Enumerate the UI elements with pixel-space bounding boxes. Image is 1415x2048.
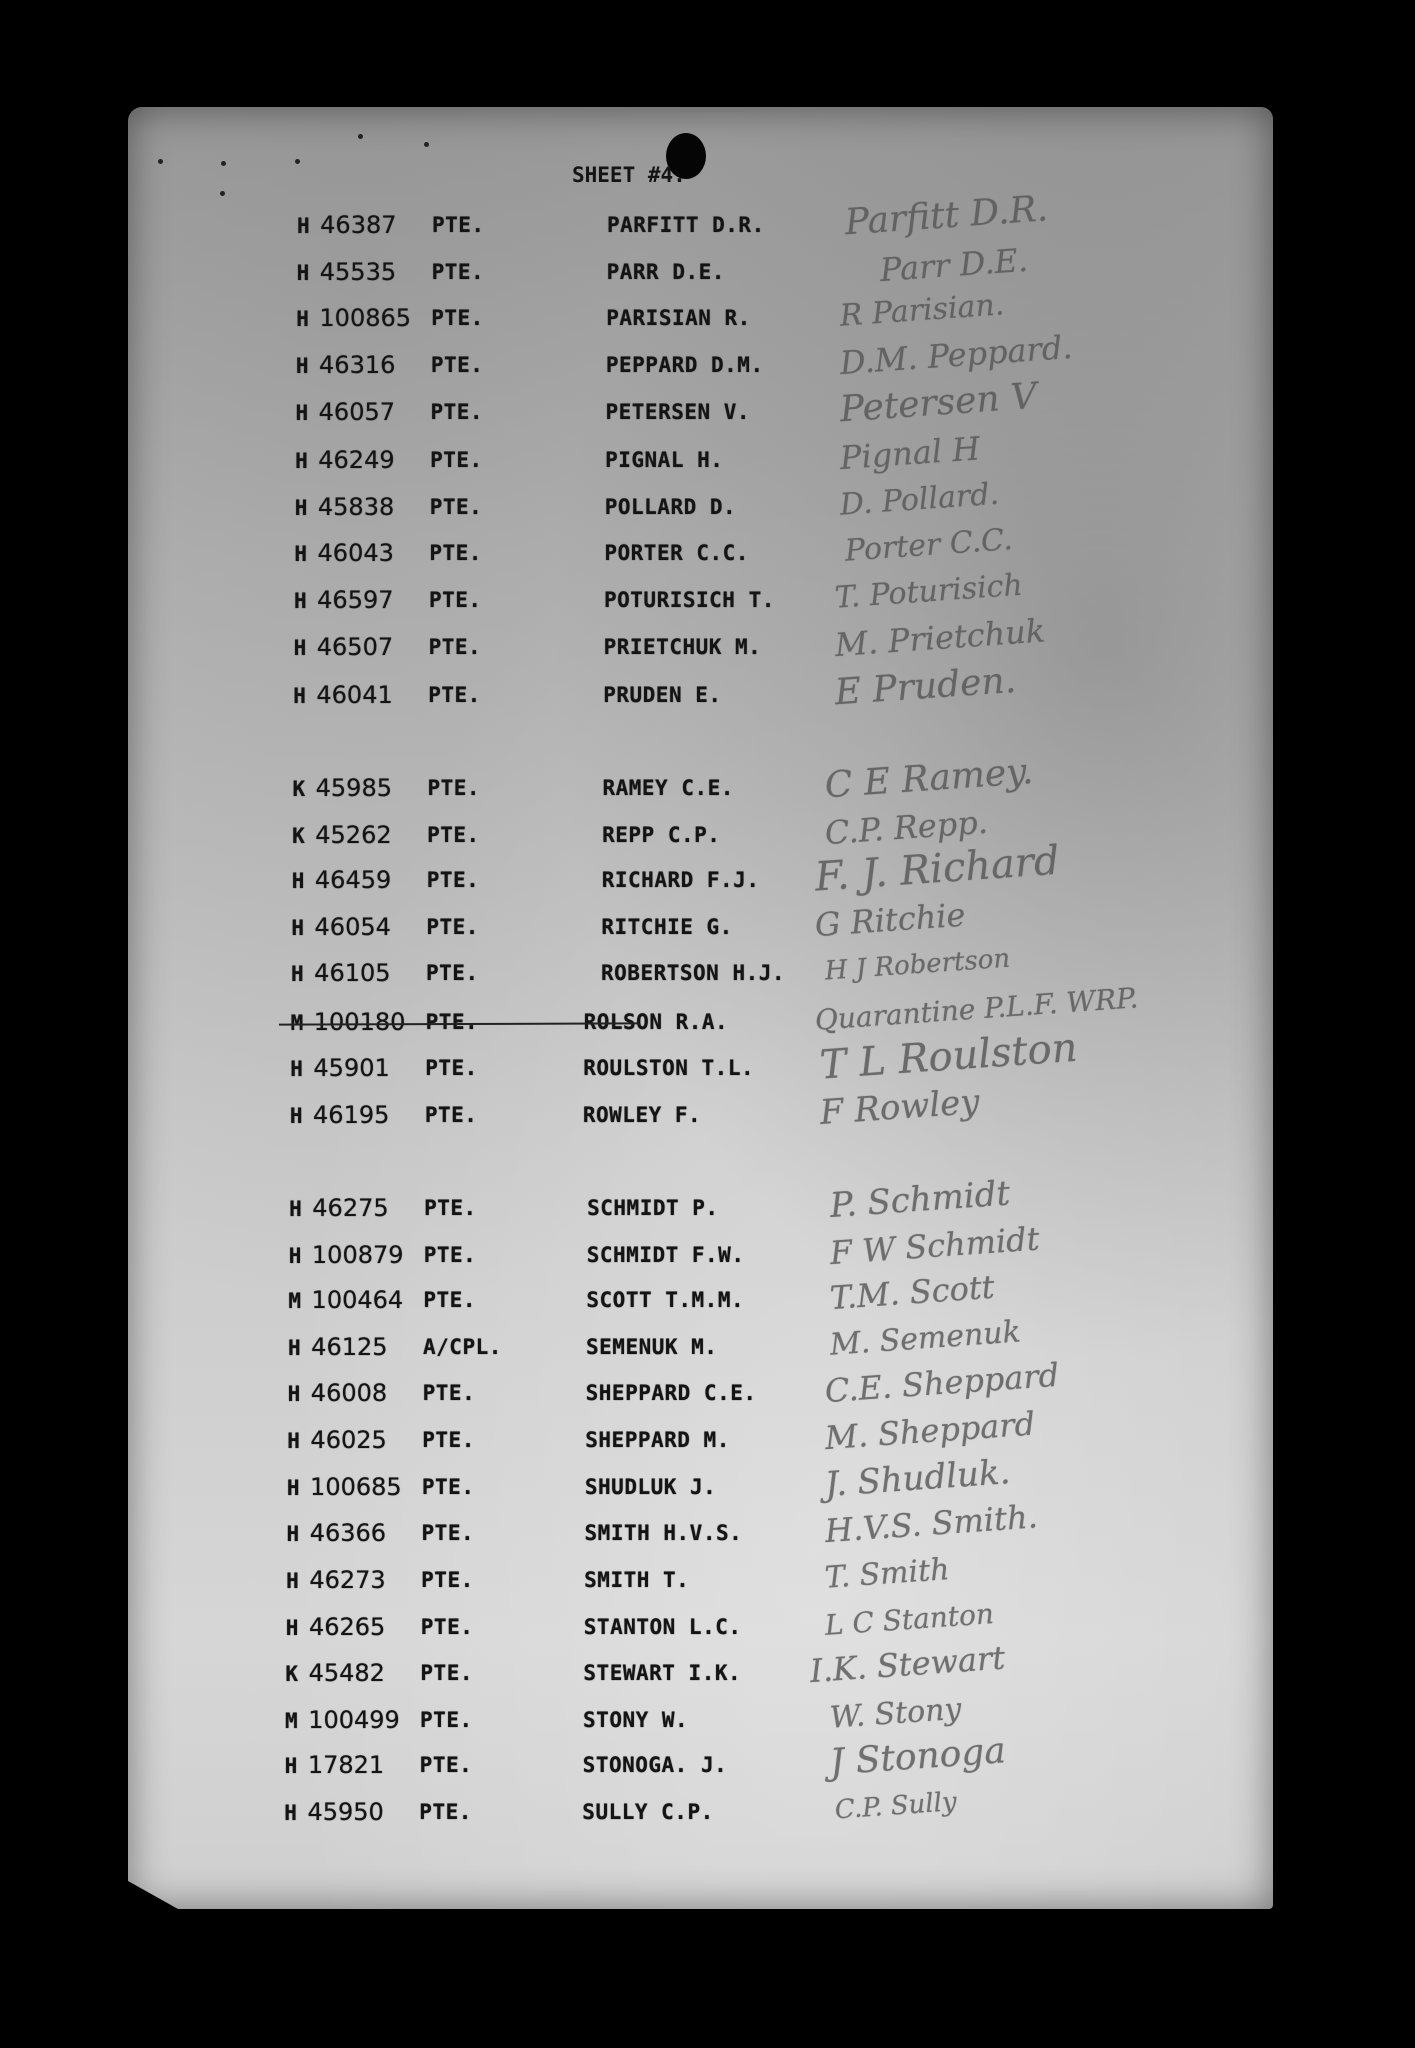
regimental-number: H46041	[293, 681, 393, 709]
number-digits: 100685	[310, 1473, 402, 1501]
rank: PTE.	[421, 1568, 474, 1592]
regimental-number: H46316	[296, 351, 396, 379]
rank: PTE.	[419, 1800, 472, 1824]
soldier-name: PRUDEN E.	[603, 683, 721, 707]
number-digits: 46054	[315, 913, 391, 941]
number-prefix: K	[292, 777, 305, 801]
number-prefix: H	[288, 1382, 301, 1406]
regimental-number: H45535	[297, 258, 397, 286]
regimental-number: H46008	[288, 1379, 388, 1407]
regimental-number: M100499	[285, 1706, 400, 1734]
soldier-name: SCHMIDT P.	[587, 1196, 718, 1220]
number-digits: 46507	[317, 633, 393, 661]
number-digits: 100464	[312, 1286, 404, 1314]
number-digits: 46597	[317, 586, 393, 614]
regimental-number: H46387	[297, 211, 397, 239]
number-prefix: H	[291, 916, 304, 940]
regimental-number: H46195	[290, 1101, 390, 1129]
regimental-number: H100879	[289, 1241, 404, 1269]
regimental-number: H46057	[296, 398, 396, 426]
number-digits: 100879	[312, 1241, 404, 1269]
rank: PTE.	[432, 260, 485, 284]
number-digits: 46316	[319, 351, 395, 379]
number-prefix: H	[297, 261, 310, 285]
number-digits: 45535	[320, 258, 396, 286]
soldier-name: REPP C.P.	[602, 823, 720, 847]
rank: PTE.	[425, 1103, 478, 1127]
number-digits: 46366	[310, 1519, 386, 1547]
soldier-name: SHEPPARD C.E.	[586, 1381, 757, 1405]
number-prefix: H	[295, 496, 308, 520]
soldier-name: PRIETCHUK M.	[604, 635, 762, 659]
regimental-number: H100685	[287, 1473, 402, 1501]
number-prefix: H	[286, 1569, 299, 1593]
number-digits: 46041	[316, 681, 392, 709]
number-digits: 45482	[309, 1659, 385, 1687]
soldier-name: PIGNAL H.	[605, 448, 723, 472]
number-prefix: H	[290, 1104, 303, 1128]
rank: PTE.	[426, 915, 479, 939]
regimental-number: H46043	[294, 539, 394, 567]
ink-speck	[220, 191, 225, 196]
number-prefix: H	[284, 1801, 297, 1825]
number-digits: 46387	[320, 211, 396, 239]
rank: PTE.	[432, 213, 485, 237]
soldier-name: PARR D.E.	[607, 260, 725, 284]
regimental-number: H46105	[291, 959, 391, 987]
soldier-name: SCOTT T.M.M.	[586, 1288, 744, 1312]
ink-speck	[295, 159, 300, 164]
regimental-number: M100180	[291, 1008, 406, 1036]
number-prefix: H	[289, 1197, 302, 1221]
regimental-number: H46273	[286, 1566, 386, 1594]
number-prefix: H	[288, 1336, 301, 1360]
rank: PTE.	[429, 541, 482, 565]
rank: PTE.	[428, 683, 481, 707]
regimental-number: M100464	[288, 1286, 403, 1314]
regimental-number: H46265	[286, 1613, 386, 1641]
number-prefix: M	[288, 1289, 301, 1313]
number-digits: 46275	[312, 1194, 388, 1222]
number-digits: 46057	[319, 398, 395, 426]
soldier-name: RITCHIE G.	[601, 915, 732, 939]
number-prefix: H	[287, 1522, 300, 1546]
rank: PTE.	[427, 776, 480, 800]
soldier-name: STANTON L.C.	[584, 1615, 742, 1639]
rank: PTE.	[430, 495, 483, 519]
number-prefix: H	[287, 1429, 300, 1453]
number-prefix: H	[296, 354, 309, 378]
regimental-number: H46459	[292, 866, 392, 894]
number-prefix: H	[289, 1244, 302, 1268]
number-digits: 45950	[307, 1798, 383, 1826]
soldier-name: PARISIAN R.	[606, 306, 751, 330]
rank: PTE.	[425, 1056, 478, 1080]
rank: PTE.	[431, 400, 484, 424]
number-prefix: H	[290, 1057, 303, 1081]
regimental-number: H45950	[284, 1798, 384, 1826]
number-prefix: H	[296, 401, 309, 425]
soldier-name: RAMEY C.E.	[602, 776, 733, 800]
rank: PTE.	[420, 1661, 473, 1685]
number-prefix: H	[294, 636, 307, 660]
soldier-name: PORTER C.C.	[604, 541, 749, 565]
regimental-number: K45985	[292, 774, 392, 802]
rank: PTE.	[422, 1521, 475, 1545]
regimental-number: H45901	[290, 1054, 390, 1082]
soldier-name: STEWART I.K.	[583, 1661, 741, 1685]
regimental-number: H46054	[291, 913, 391, 941]
number-prefix: H	[286, 1616, 299, 1640]
rank: PTE.	[420, 1708, 473, 1732]
regimental-number: H46275	[289, 1194, 389, 1222]
rank: PTE.	[427, 868, 480, 892]
number-digits: 45985	[316, 774, 392, 802]
regimental-number: H46597	[294, 586, 394, 614]
soldier-name: SULLY C.P.	[582, 1800, 713, 1824]
soldier-name: ROBERTSON H.J.	[601, 961, 785, 985]
soldier-name: PETERSEN V.	[606, 400, 751, 424]
number-digits: 46273	[309, 1566, 385, 1594]
number-digits: 17821	[308, 1751, 384, 1779]
ink-speck	[424, 142, 429, 147]
regimental-number: H100865	[296, 304, 411, 332]
ink-speck	[221, 161, 226, 166]
rank: PTE.	[429, 635, 482, 659]
rank: PTE.	[431, 306, 484, 330]
number-digits: 46249	[318, 446, 394, 474]
regimental-number: H46507	[294, 633, 394, 661]
rank: PTE.	[429, 588, 482, 612]
rank: PTE.	[420, 1753, 473, 1777]
number-digits: 46265	[309, 1613, 385, 1641]
number-prefix: H	[292, 869, 305, 893]
number-digits: 45262	[315, 821, 391, 849]
number-prefix: K	[292, 824, 305, 848]
number-prefix: H	[294, 589, 307, 613]
number-prefix: H	[291, 962, 304, 986]
rank: PTE.	[423, 1381, 476, 1405]
rank: PTE.	[421, 1615, 474, 1639]
soldier-name: ROWLEY F.	[583, 1103, 701, 1127]
rank: PTE.	[424, 1243, 477, 1267]
number-prefix: H	[287, 1476, 300, 1500]
number-digits: 45901	[313, 1054, 389, 1082]
regimental-number: H46025	[287, 1426, 387, 1454]
number-digits: 100180	[314, 1008, 406, 1036]
soldier-name: PEPPARD D.M.	[606, 353, 764, 377]
soldier-name: ROULSTON T.L.	[583, 1056, 754, 1080]
soldier-name: PARFITT D.R.	[607, 213, 765, 237]
number-prefix: H	[293, 684, 306, 708]
number-prefix: H	[285, 1754, 298, 1778]
rank: PTE.	[424, 1196, 477, 1220]
number-prefix: K	[285, 1662, 298, 1686]
regimental-number: K45482	[285, 1659, 385, 1687]
soldier-name: POTURISICH T.	[604, 588, 775, 612]
number-digits: 46195	[313, 1101, 389, 1129]
rank: PTE.	[431, 353, 484, 377]
rank: PTE.	[422, 1428, 475, 1452]
number-prefix: H	[297, 214, 310, 238]
number-digits: 46043	[318, 539, 394, 567]
regimental-number: H45838	[295, 493, 395, 521]
soldier-name: SHEPPARD M.	[585, 1428, 730, 1452]
ink-speck	[158, 159, 163, 164]
number-digits: 46105	[314, 959, 390, 987]
number-prefix: H	[294, 542, 307, 566]
soldier-name: SCHMIDT F.W.	[587, 1243, 745, 1267]
soldier-name: STONY W.	[583, 1708, 688, 1732]
soldier-name: SMITH T.	[584, 1568, 689, 1592]
number-digits: 100865	[319, 304, 411, 332]
number-digits: 100499	[308, 1706, 400, 1734]
number-digits: 45838	[318, 493, 394, 521]
regimental-number: H46366	[287, 1519, 387, 1547]
number-digits: 46025	[310, 1426, 386, 1454]
rank: PTE.	[430, 448, 483, 472]
soldier-name: SMITH H.V.S.	[585, 1521, 743, 1545]
soldier-name: RICHARD F.J.	[602, 868, 760, 892]
regimental-number: H46249	[295, 446, 395, 474]
regimental-number: H46125	[288, 1333, 388, 1361]
rank: PTE.	[423, 1288, 476, 1312]
regimental-number: K45262	[292, 821, 392, 849]
rank: PTE.	[426, 961, 479, 985]
soldier-name: SHUDLUK J.	[585, 1475, 716, 1499]
number-prefix: H	[295, 449, 308, 473]
number-digits: 46008	[311, 1379, 387, 1407]
soldier-name: STONOGA. J.	[583, 1753, 728, 1777]
rank: A/CPL.	[423, 1335, 502, 1359]
soldier-name: SEMENUK M.	[586, 1335, 717, 1359]
number-prefix: M	[285, 1709, 298, 1733]
rank: PTE.	[422, 1475, 475, 1499]
ink-speck	[358, 134, 363, 139]
soldier-name: POLLARD D.	[605, 495, 736, 519]
number-digits: 46459	[315, 866, 391, 894]
regimental-number: H17821	[285, 1751, 385, 1779]
number-digits: 46125	[311, 1333, 387, 1361]
number-prefix: H	[296, 307, 309, 331]
rank: PTE.	[427, 823, 480, 847]
sheet-title: SHEET #4.	[572, 163, 686, 187]
